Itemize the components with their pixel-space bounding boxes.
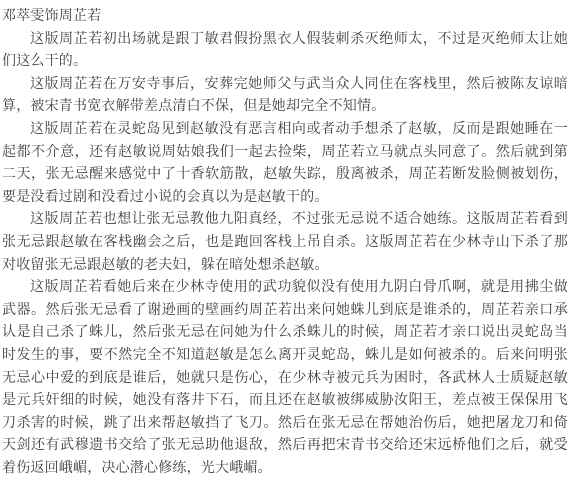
paragraph-2: 这版周芷若在万安寺事后，安葬完她师父与武当众人同住在客栈里，然后被陈友谅暗算，被… <box>2 72 568 117</box>
article-title: 邓萃雯饰周芷若 <box>2 4 568 27</box>
paragraph-1: 这版周芷若初出场就是跟丁敏君假扮黑衣人假装刺杀灭绝师太，不过是灭绝师太让她们这么… <box>2 27 568 72</box>
paragraph-4: 这版周芷若也想让张无忌教他九阳真经，不过张无忌说不适合她练。这版周芷若看到张无忌… <box>2 207 568 275</box>
article: 邓萃雯饰周芷若 这版周芷若初出场就是跟丁敏君假扮黑衣人假装刺杀灭绝师太，不过是灭… <box>0 0 569 478</box>
paragraph-3: 这版周芷若在灵蛇岛见到赵敏没有恶言相向或者动手想杀了赵敏，反而是跟她睡在一起都不… <box>2 117 568 207</box>
paragraph-5: 这版周芷若看她后来在少林寺使用的武功貌似没有使用九阴白骨爪啊，就是用拂尘做武器。… <box>2 275 568 478</box>
